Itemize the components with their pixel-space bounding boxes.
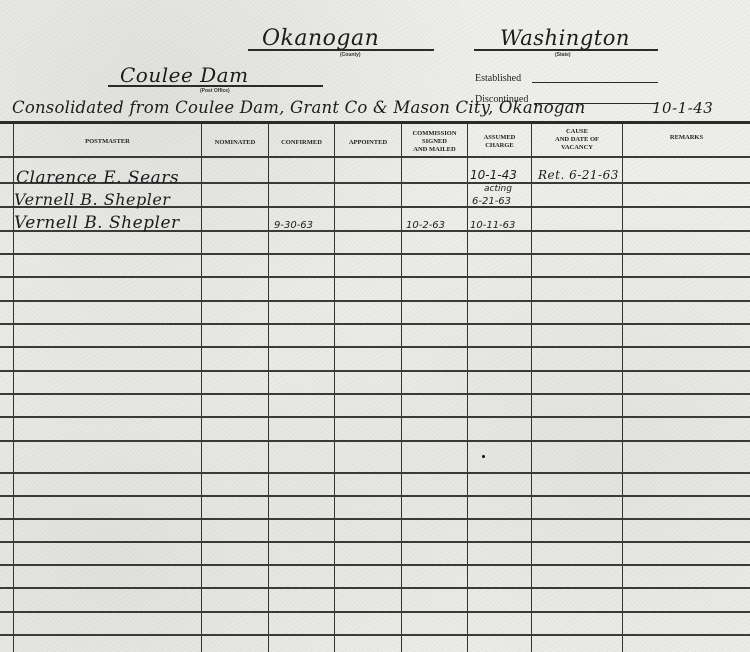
row-line (0, 370, 750, 372)
row1-cause: Ret. 6-21-63 (538, 168, 619, 182)
header-commission-line2: Signed (402, 138, 467, 146)
state-value: Washington (500, 26, 630, 50)
row-line (0, 495, 750, 497)
col-line-commission (401, 123, 402, 652)
row-line (0, 276, 750, 278)
row3-confirmed: 9-30-63 (274, 220, 313, 231)
row-line (0, 416, 750, 418)
consolidation-date: 10-1-43 (652, 99, 713, 117)
row-line (0, 472, 750, 474)
header-remarks: REMARKS (623, 134, 750, 142)
consolidation-note: Consolidated from Coulee Dam, Grant Co &… (12, 98, 585, 117)
ink-dot (482, 455, 485, 458)
header-cause-line1: Cause (532, 128, 622, 136)
header-bottom-rule (0, 156, 750, 158)
col-line-assumed (467, 123, 468, 652)
row-line (0, 300, 750, 302)
header-cause-line2: and Date of (532, 136, 622, 144)
row3-assumed: 10-11-63 (470, 220, 515, 231)
col-line-nominated (201, 123, 202, 652)
row-line (0, 541, 750, 543)
header-commission-line3: and Mailed (402, 146, 467, 154)
row-line (0, 564, 750, 566)
header-cause: Cause and Date of Vacancy (532, 128, 622, 152)
row2-postmaster: Vernell B. Shepler (14, 190, 170, 209)
header-assumed-line1: Assumed (468, 134, 531, 142)
established-line (532, 82, 658, 83)
header-postmaster: POSTMASTER (14, 138, 201, 146)
county-caption: (County) (340, 52, 361, 58)
post-office-value: Coulee Dam (120, 63, 249, 87)
established-label: Established (475, 73, 521, 84)
row-line (0, 587, 750, 589)
row2-assumed: 6-21-63 (472, 196, 511, 207)
county-value: Okanogan (262, 26, 379, 51)
col-line-remarks (622, 123, 623, 652)
row-line (0, 440, 750, 442)
header-assumed: Assumed Charge (468, 134, 531, 150)
header-nominated: Nominated (202, 139, 268, 147)
row-line (0, 323, 750, 325)
col-line-confirmed (268, 123, 269, 652)
header-appointed: Appointed (335, 139, 401, 147)
row-line (0, 253, 750, 255)
col-line-cause (531, 123, 532, 652)
header-cause-line3: Vacancy (532, 144, 622, 152)
row-line (0, 611, 750, 613)
row1-postmaster: Clarence E. Sears (16, 168, 179, 188)
col-line-appointed (334, 123, 335, 652)
header-assumed-line2: Charge (468, 142, 531, 150)
row3-postmaster: Vernell B. Shepler (14, 213, 180, 233)
state-caption: (State) (555, 52, 571, 58)
row-line (0, 393, 750, 395)
row-line (0, 346, 750, 348)
row2-assumed-note: acting (484, 184, 512, 194)
row3-commission: 10-2-63 (406, 220, 445, 231)
header-confirmed: Confirmed (269, 139, 334, 147)
post-office-caption: (Post Office) (200, 88, 230, 94)
ledger-page: Okanogan (County) Washington (State) Cou… (0, 0, 750, 652)
row-line (0, 634, 750, 636)
header-commission: Commission Signed and Mailed (402, 130, 467, 154)
table-top-rule (0, 121, 750, 124)
header-commission-line1: Commission (402, 130, 467, 138)
row1-assumed: 10-1-43 (470, 168, 517, 182)
row-line (0, 518, 750, 520)
